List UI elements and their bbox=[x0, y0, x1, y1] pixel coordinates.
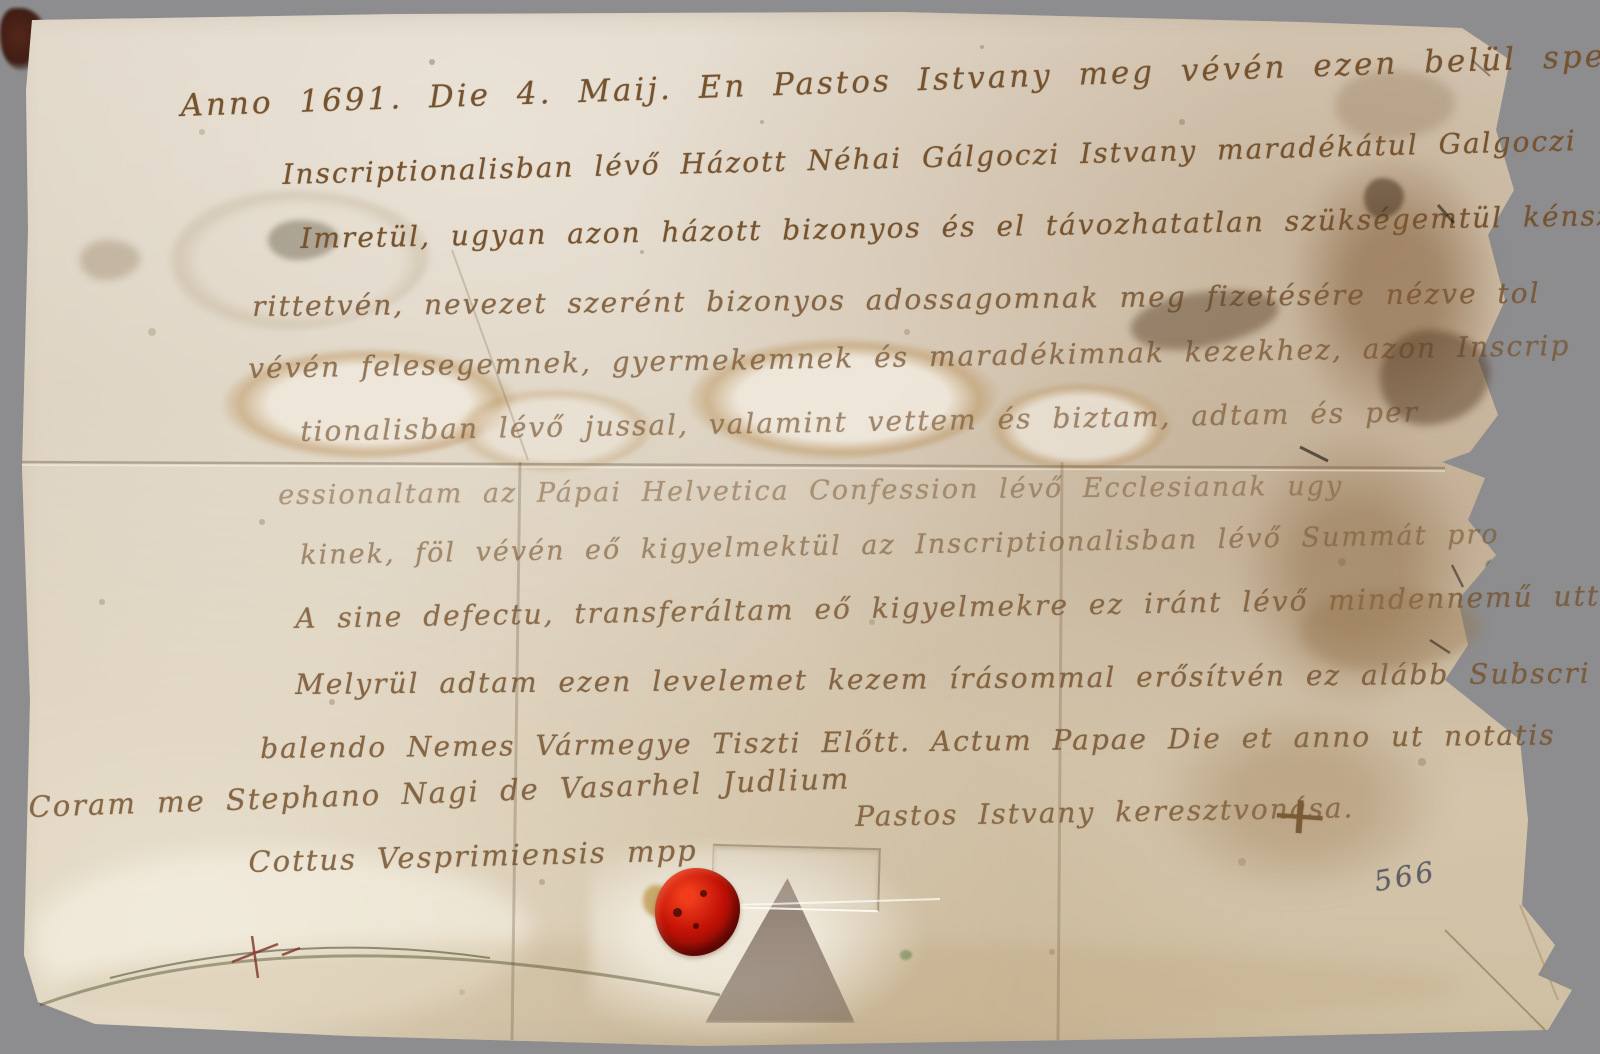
edge-crack bbox=[1438, 205, 1454, 223]
fold-crease-diagonal bbox=[452, 250, 528, 460]
fold-crease-vertical bbox=[1058, 462, 1062, 1040]
corner-fold-line bbox=[1445, 930, 1545, 1030]
edge-crack bbox=[1430, 640, 1450, 653]
creases-and-marks-overlay bbox=[0, 0, 1600, 1054]
ink-arc-stroke bbox=[110, 948, 490, 978]
fold-crease-vertical bbox=[512, 462, 520, 1040]
fold-crease-horizontal bbox=[22, 462, 1445, 468]
edge-crack bbox=[1300, 447, 1328, 461]
scanned-manuscript-photo: Anno 1691. Die 4. Maij. En Pastos Istvan… bbox=[0, 0, 1600, 1054]
edge-crack bbox=[1472, 60, 1490, 76]
edge-crack bbox=[1452, 565, 1463, 587]
ink-arc-stroke bbox=[40, 956, 720, 1005]
corner-fold-line bbox=[1520, 905, 1558, 1000]
